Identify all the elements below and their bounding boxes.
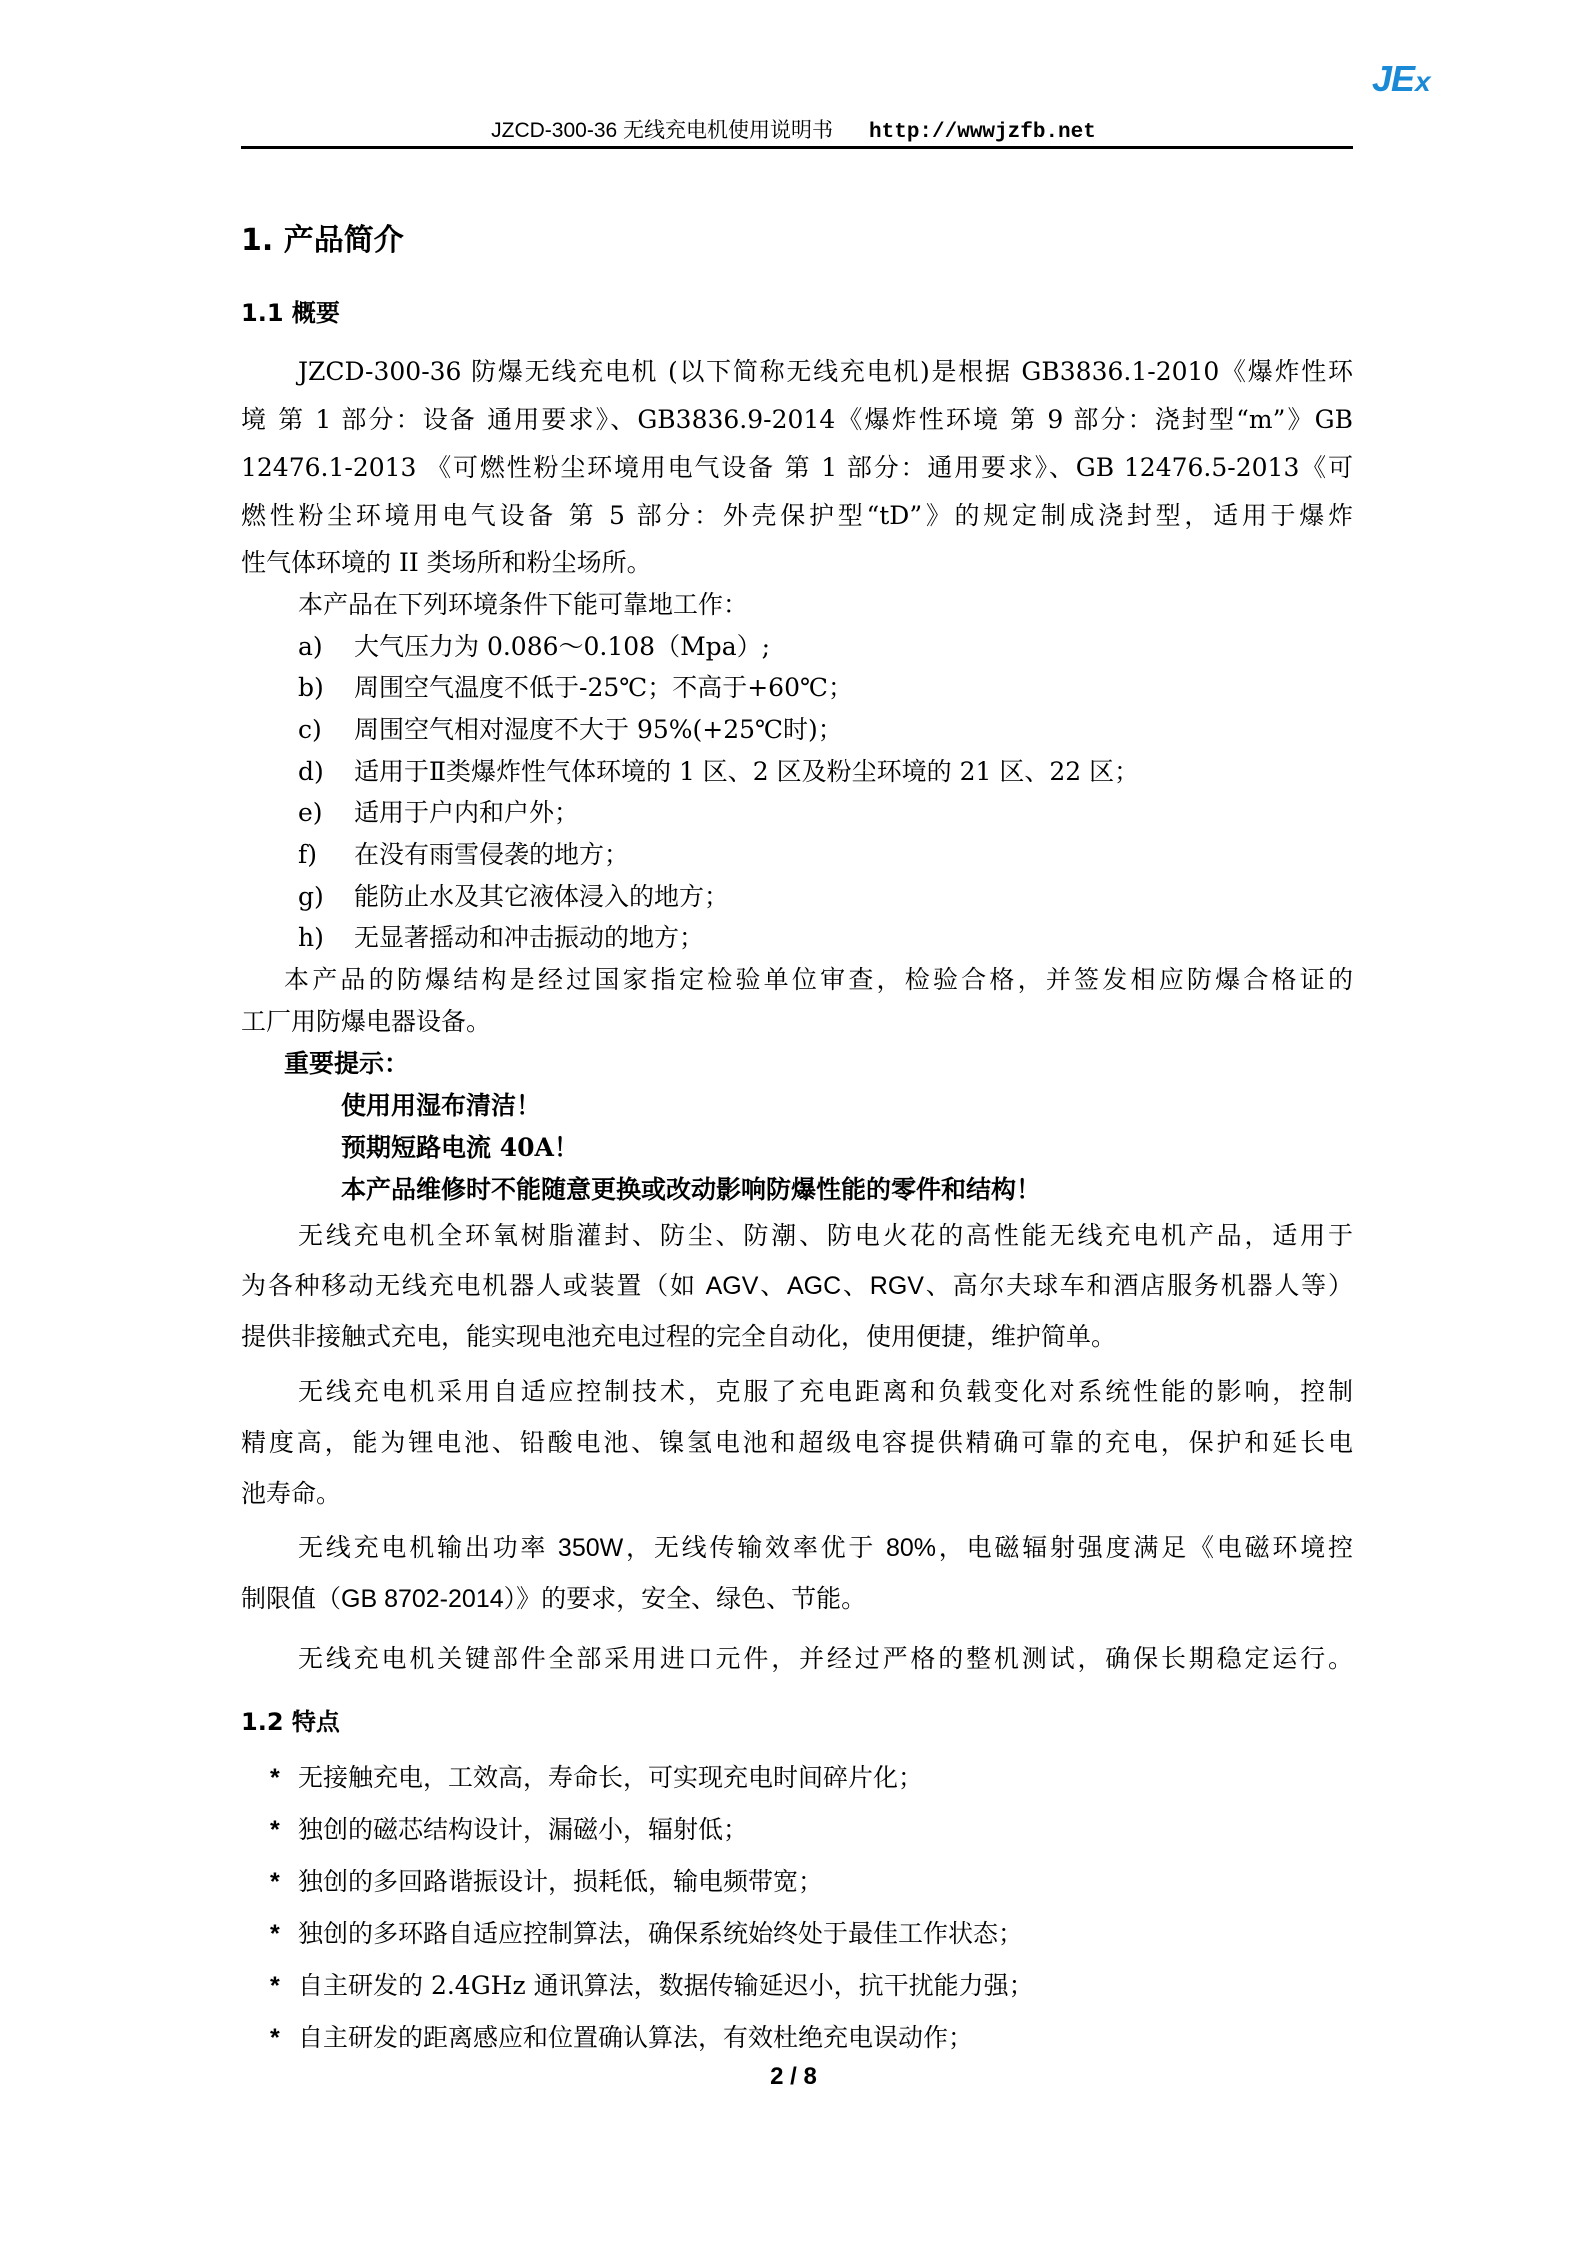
subsection-heading-1-1: 1.1 概要 <box>241 293 340 328</box>
item-text: 适用于户内和户外； <box>354 798 579 827</box>
description-line: 精度高，能为锂电池、铅酸电池、镍氢电池和超级电容提供精确可靠的充电，保护和延长电 <box>241 1423 1353 1459</box>
item-text: 大气压力为 0.086～0.108（Mpa）; <box>354 632 770 661</box>
feature-text: 独创的多回路谐振设计，损耗低，输电频带宽； <box>298 1867 823 1896</box>
condition-item: h)无显著摇动和冲击振动的地方； <box>298 918 1410 954</box>
feature-item: *自主研发的距离感应和位置确认算法，有效杜绝充电误动作； <box>270 2018 973 2054</box>
bullet-star-icon: * <box>270 1816 298 1845</box>
feature-text: 无接触充电，工效高，寿命长，可实现充电时间碎片化； <box>298 1763 923 1792</box>
feature-item: *独创的磁芯结构设计，漏磁小，辐射低； <box>270 1810 748 1846</box>
item-label: g) <box>298 882 354 911</box>
intro-line: 性气体环境的 II 类场所和粉尘场所。 <box>241 543 1353 579</box>
feature-text: 自主研发的距离感应和位置确认算法，有效杜绝充电误动作； <box>298 2023 973 2052</box>
description-line: 无线充电机关键部件全部采用进口元件，并经过严格的整机测试，确保长期稳定运行。 <box>298 1639 1353 1675</box>
feature-text: 独创的磁芯结构设计，漏磁小，辐射低； <box>298 1815 748 1844</box>
feature-item: *独创的多环路自适应控制算法，确保系统始终处于最佳工作状态； <box>270 1914 1023 1950</box>
feature-item: *独创的多回路谐振设计，损耗低，输电频带宽； <box>270 1862 823 1898</box>
item-text: 无显著摇动和冲击振动的地方； <box>354 923 704 952</box>
condition-item: d)适用于Ⅱ类爆炸性气体环境的 1 区、2 区及粉尘环境的 21 区、22 区； <box>298 752 1410 788</box>
website-url[interactable]: http://wwwjzfb.net <box>869 121 1096 144</box>
page-number: 2 / 8 <box>0 2063 1587 2091</box>
intro-line: 燃性粉尘环境用电气设备 第 5 部分：外壳保护型“tD”》的规定制成浇封型，适用… <box>241 496 1353 532</box>
logo-sub: x <box>1415 66 1430 97</box>
notice-item: 本产品维修时不能随意更换或改动影响防爆性能的零件和结构！ <box>341 1170 1453 1206</box>
bullet-star-icon: * <box>270 2024 298 2053</box>
page-header: JZCD-300-36 无线充电机使用说明书http://wwwjzfb.net <box>0 114 1587 144</box>
feature-item: *自主研发的 2.4GHz 通讯算法，数据传输延迟小，抗干扰能力强； <box>270 1966 1034 2002</box>
certification-line: 工厂用防爆电器设备。 <box>241 1002 1353 1038</box>
condition-item: b)周围空气温度不低于-25℃；不高于+60℃； <box>298 668 1410 704</box>
document-title: JZCD-300-36 无线充电机使用说明书 <box>491 119 833 142</box>
bullet-star-icon: * <box>270 1868 298 1897</box>
item-label: e) <box>298 798 354 827</box>
feature-text: 自主研发的 2.4GHz 通讯算法，数据传输延迟小，抗干扰能力强； <box>298 1971 1034 2000</box>
condition-item: f)在没有雨雪侵袭的地方； <box>298 835 1410 871</box>
item-text: 适用于Ⅱ类爆炸性气体环境的 1 区、2 区及粉尘环境的 21 区、22 区； <box>354 757 1139 786</box>
bullet-star-icon: * <box>270 1920 298 1949</box>
item-label: a) <box>298 632 354 661</box>
notice-item: 预期短路电流 40A！ <box>341 1128 1453 1164</box>
condition-item: g)能防止水及其它液体浸入的地方； <box>298 877 1410 913</box>
notice-heading: 重要提示： <box>284 1044 1396 1080</box>
feature-item: *无接触充电，工效高，寿命长，可实现充电时间碎片化； <box>270 1758 923 1794</box>
description-line: 无线充电机全环氧树脂灌封、防尘、防潮、防电火花的高性能无线充电机产品，适用于 <box>298 1216 1353 1252</box>
description-line: 提供非接触式充电，能实现电池充电过程的完全自动化，使用便捷，维护简单。 <box>241 1317 1353 1353</box>
condition-item: e)适用于户内和户外； <box>298 793 1410 829</box>
notice-item: 使用用湿布清洁！ <box>341 1086 1453 1122</box>
description-line: 无线充电机采用自适应控制技术，克服了充电距离和负载变化对系统性能的影响，控制 <box>298 1372 1353 1408</box>
item-text: 在没有雨雪侵袭的地方； <box>354 840 629 869</box>
bullet-star-icon: * <box>270 1972 298 2001</box>
conditions-intro: 本产品在下列环境条件下能可靠地工作： <box>298 585 1410 621</box>
item-label: c) <box>298 715 354 744</box>
item-label: b) <box>298 673 354 702</box>
item-text: 能防止水及其它液体浸入的地方； <box>354 882 729 911</box>
item-label: d) <box>298 757 354 786</box>
description-line: 制限值（GB 8702-2014）》的要求，安全、绿色、节能。 <box>241 1579 1353 1615</box>
description-line: 为各种移动无线充电机器人或装置（如 AGV、AGC、RGV、高尔夫球车和酒店服务… <box>241 1266 1353 1302</box>
certification-line: 本产品的防爆结构是经过国家指定检验单位审查，检验合格，并签发相应防爆合格证的 <box>284 960 1353 996</box>
description-line: 无线充电机输出功率 350W，无线传输效率优于 80%，电磁辐射强度满足《电磁环… <box>298 1528 1353 1564</box>
company-logo: JEx <box>1372 58 1430 100</box>
header-divider <box>241 146 1353 149</box>
description-line: 池寿命。 <box>241 1474 1353 1510</box>
section-heading-1: 1. 产品简介 <box>241 215 404 259</box>
item-label: h) <box>298 923 354 952</box>
intro-line: 境 第 1 部分：设备 通用要求》、GB3836.9-2014《爆炸性环境 第 … <box>241 400 1353 436</box>
condition-item: a)大气压力为 0.086～0.108（Mpa）; <box>298 627 1410 663</box>
logo-main: JE <box>1372 58 1414 99</box>
subsection-heading-1-2: 1.2 特点 <box>241 1702 340 1737</box>
item-label: f) <box>298 840 354 869</box>
intro-line: 12476.1-2013 《可燃性粉尘环境用电气设备 第 1 部分：通用要求》、… <box>241 448 1353 484</box>
feature-text: 独创的多环路自适应控制算法，确保系统始终处于最佳工作状态； <box>298 1919 1023 1948</box>
item-text: 周围空气温度不低于-25℃；不高于+60℃； <box>354 673 853 702</box>
bullet-star-icon: * <box>270 1764 298 1793</box>
intro-line: JZCD-300-36 防爆无线充电机 (以下简称无线充电机)是根据 GB383… <box>298 352 1353 388</box>
item-text: 周围空气相对湿度不大于 95%(+25℃时)； <box>354 715 843 744</box>
condition-item: c)周围空气相对湿度不大于 95%(+25℃时)； <box>298 710 1410 746</box>
